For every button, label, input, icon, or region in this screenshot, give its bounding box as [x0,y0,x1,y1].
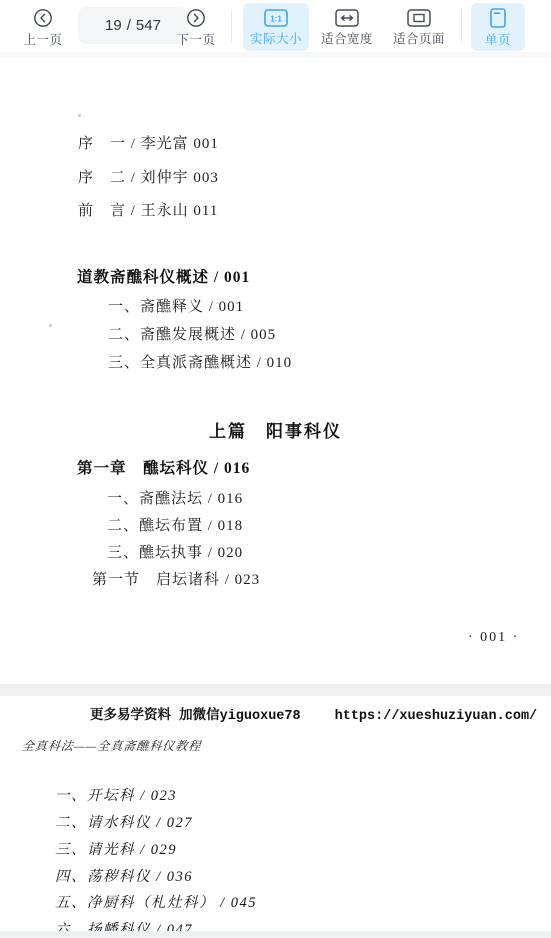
toc2-item-3: 三、请光科 / 029 [55,841,177,859]
watermark-text: 更多易学资料 加微信yiguoxue78 [90,709,301,724]
actual-size-icon: 1:1 [264,9,288,30]
toc-chapter-item-3: 三、醮坛执事 / 020 [107,544,243,562]
toolbar-divider [231,9,232,43]
toc-overview-heading: 道教斋醮科仪概述 / 001 [77,269,250,287]
page-separator: / [127,17,131,34]
toc-chapter-item-1: 一、斋醮法坛 / 016 [107,490,243,508]
pdf-reader-window: { "toolbar": { "accent_color": "#38a6f3"… [0,0,551,938]
svg-text:1:1: 1:1 [270,14,282,23]
toc2-item-4: 四、荡秽科仪 / 036 [55,868,193,886]
two-page-button[interactable]: 对开 [538,3,551,51]
fit-page-icon [407,9,431,30]
fit-width-label: 适合宽度 [321,33,373,46]
toc-preface-3: 前 言 / 王永山 011 [78,202,218,220]
single-page-label: 单页 [485,34,511,47]
actual-size-label: 实际大小 [250,33,302,46]
toc-preface-2: 序 二 / 刘仲宇 003 [78,169,219,187]
bottom-strip [0,931,551,938]
toc-part-title: 上篇 阳事科仪 [0,417,551,442]
toc-overview-item-2: 二、斋醮发展概述 / 005 [108,326,276,344]
toc2-item-2: 二、请水科仪 / 027 [55,814,193,832]
pdf-page-1: 序 一 / 李光富 001 序 二 / 刘仲宇 003 前 言 / 王永山 01… [0,58,551,684]
pdf-page-2: 更多易学资料 加微信yiguoxue78https://xueshuziyuan… [0,696,551,931]
watermark-line: 更多易学资料 加微信yiguoxue78https://xueshuziyuan… [90,703,537,724]
page-current: 19 [105,17,122,34]
single-page-button[interactable]: 单页 [471,3,525,51]
scan-speck [78,114,81,117]
toc-chapter-heading: 第一章 醮坛科仪 / 016 [77,460,250,478]
single-page-icon [489,8,507,31]
toolbar: 上一页 19 / 547 下一页 1:1 实际大小 [0,0,551,52]
next-page-icon [186,8,206,31]
running-header: 全真科法——全真斋醮科仪教程 [21,737,202,754]
toolbar-divider [461,9,462,43]
toc-chapter-item-2: 二、醮坛布置 / 018 [107,517,243,535]
toc-overview-item-3: 三、全真派斋醮概述 / 010 [108,354,292,372]
toc-preface-1: 序 一 / 李光富 001 [78,135,219,153]
toc2-item-5: 五、净厨科（札灶科） / 045 [55,894,257,912]
next-page-button[interactable]: 下一页 [169,3,223,51]
fit-page-button[interactable]: 适合页面 [388,3,450,51]
page-gap [0,684,551,696]
watermark-url: https://xueshuziyuan.com/ [335,709,538,724]
page-total: 547 [136,17,161,34]
scan-speck [49,324,52,327]
toc2-item-1: 一、开坛科 / 023 [55,787,177,805]
actual-size-button[interactable]: 1:1 实际大小 [243,3,309,51]
prev-page-label: 上一页 [23,34,62,47]
next-page-label: 下一页 [176,34,215,47]
prev-page-icon [33,8,53,31]
page-folio: · 001 · [468,630,519,646]
fit-page-label: 适合页面 [393,33,445,46]
fit-width-button[interactable]: 适合宽度 [316,3,378,51]
toc-section-line: 第一节 启坛诸科 / 023 [92,571,260,589]
fit-width-icon [335,9,359,30]
prev-page-button[interactable]: 上一页 [16,3,70,51]
toc-overview-item-1: 一、斋醮释义 / 001 [108,298,244,316]
